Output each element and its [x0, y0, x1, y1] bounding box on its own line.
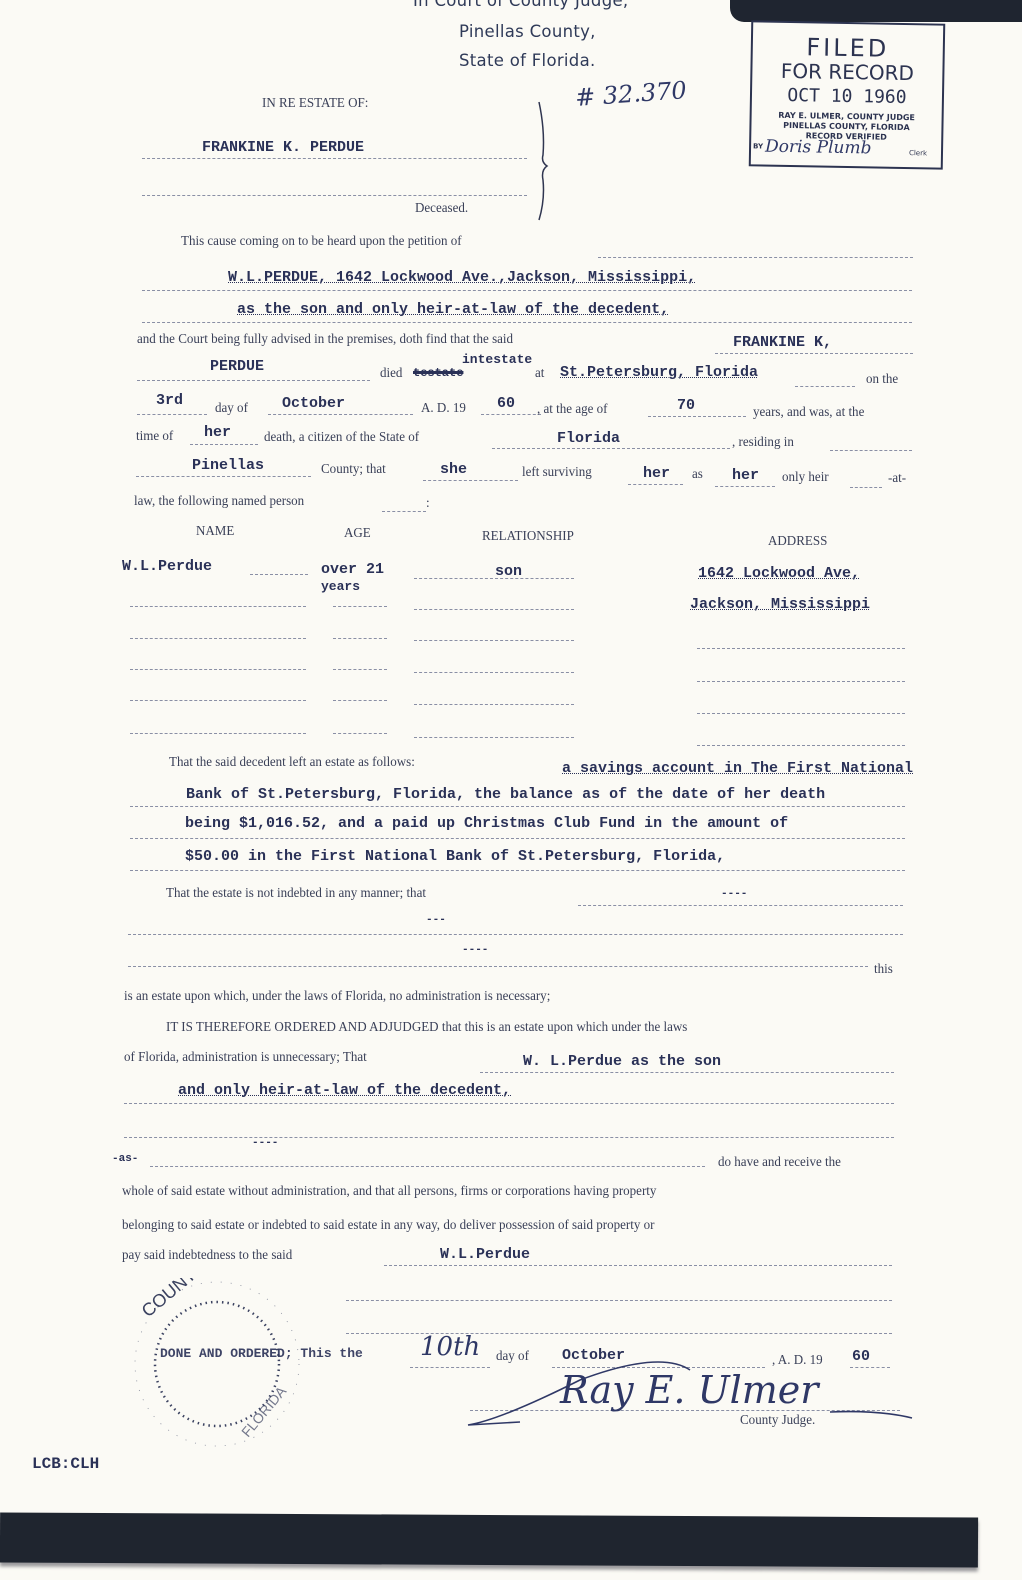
done-ordered-label: DONE AND ORDERED; This the	[160, 1346, 363, 1361]
receive-label: do have and receive the	[718, 1155, 841, 1171]
estate-line-1: a savings account in The First National	[562, 760, 913, 777]
law-label: law, the following named person	[134, 494, 304, 510]
blank-line	[628, 484, 683, 485]
time-of-label: time of	[136, 429, 173, 445]
heir-relationship: son	[495, 563, 522, 580]
blank-line	[150, 1166, 705, 1167]
scan-edge-top	[730, 0, 1022, 22]
col-header-age: AGE	[344, 526, 371, 542]
debts-fill-3: ----	[462, 944, 488, 956]
stamp-date: OCT 10 1960	[752, 84, 942, 108]
blank-line	[715, 486, 775, 487]
typist-initials: LCB:CLH	[32, 1455, 99, 1473]
as-label: as	[692, 467, 703, 483]
court-state: State of Florida.	[459, 51, 596, 70]
name-line	[142, 158, 527, 159]
blank-line	[480, 1072, 894, 1073]
blank-line	[128, 934, 903, 935]
estate-intro: That the said decedent left an estate as…	[169, 755, 415, 771]
blank-line	[382, 511, 426, 512]
name-line-2	[142, 195, 527, 196]
finding-text: and the Court being fully advised in the…	[137, 332, 513, 348]
heir-name: W.L.Perdue	[122, 558, 212, 575]
stamp-clerk-label: Clerk	[909, 149, 927, 157]
order-line-2: of Florida, administration is unnecessar…	[124, 1050, 367, 1066]
estate-line-2: Bank of St.Petersburg, Florida, the bala…	[186, 786, 825, 803]
blank-line	[142, 322, 912, 323]
court-seal-icon: COUNTY JUDGE FLORIDA	[118, 1278, 316, 1448]
in-re-label: IN RE ESTATE OF:	[262, 96, 368, 112]
citizen-state: Florida	[557, 430, 620, 447]
only-pronoun: her	[732, 467, 759, 484]
blank-line	[648, 416, 746, 417]
this-label: this	[874, 962, 893, 978]
heir-address-line2: Jackson, Mississippi	[690, 596, 870, 613]
decedent-age: 70	[677, 397, 695, 414]
blank-line	[481, 414, 541, 415]
petition-intro: This cause coming on to be heard upon th…	[181, 234, 462, 250]
col-header-name: NAME	[196, 524, 234, 540]
blank-line	[346, 1300, 892, 1301]
blank-line	[190, 444, 258, 445]
blank-line	[142, 290, 912, 291]
judge-title: County Judge.	[740, 1413, 815, 1429]
blank-line	[137, 380, 370, 381]
estate-line-4: $50.00 in the First National Bank of St.…	[185, 848, 725, 865]
recipient-line-2: and only heir-at-law of the decedent,	[178, 1082, 511, 1099]
deceased-label: Deceased.	[415, 201, 468, 217]
on-the-label: on the	[866, 372, 898, 388]
col-header-address: ADDRESS	[768, 534, 827, 550]
scan-edge-bottom	[0, 1512, 978, 1567]
brace-icon	[536, 100, 550, 222]
heir-address-line1: 1642 Lockwood Ave,	[698, 565, 860, 582]
death-month: October	[282, 395, 345, 412]
blank-line	[130, 870, 905, 871]
colon: :	[426, 496, 430, 512]
testacy: intestate	[462, 352, 532, 367]
blank-line	[384, 1265, 892, 1266]
blank-line	[130, 806, 905, 807]
blank-line	[137, 414, 207, 415]
death-day: 3rd	[156, 392, 183, 409]
court-name: In Court of County Judge,	[413, 0, 628, 10]
debts-fill-1: ----	[721, 888, 747, 900]
heir-age: over 21	[321, 561, 384, 578]
recipient-line-1: W. L.Perdue as the son	[523, 1053, 721, 1070]
heir-age-unit: years	[321, 579, 360, 594]
age-label: , at the age of	[537, 402, 607, 418]
blank-line	[795, 386, 855, 387]
decedent-last-name: PERDUE	[210, 358, 264, 375]
place-of-death: St.Petersburg, Florida	[560, 364, 758, 381]
years-label: years, and was, at the	[753, 405, 864, 421]
blank-line	[136, 476, 311, 477]
svg-text:FLORIDA: FLORIDA	[238, 1383, 290, 1440]
testacy-struck: testate	[413, 366, 463, 380]
blank-line	[414, 578, 574, 579]
debts-conclusion: is an estate upon which, under the laws …	[124, 989, 550, 1005]
blank-line	[268, 414, 413, 415]
day-of-label: day of	[215, 401, 248, 417]
decedent-first-name: FRANKINE K,	[733, 334, 832, 351]
residing-county: Pinellas	[192, 457, 264, 474]
blank-line	[128, 966, 868, 967]
stamp-subtitle: FOR RECORD	[752, 58, 942, 85]
at-label: at	[535, 366, 544, 382]
pronoun-possessive: her	[204, 424, 231, 441]
blank-line	[492, 448, 730, 449]
clerk-signature: Doris Plumb	[765, 137, 872, 159]
residing-label: , residing in	[732, 435, 794, 451]
case-number: # 32.370	[574, 76, 687, 112]
ad-label: A. D. 19	[421, 401, 466, 417]
court-county: Pinellas County,	[459, 22, 596, 41]
order-struck: -as-	[112, 1153, 138, 1165]
blank-line	[130, 838, 905, 839]
decedent-name: FRANKINE K. PERDUE	[202, 139, 364, 156]
stamp-by: BY	[753, 142, 763, 150]
order-line-5: pay said indebtedness to the said	[122, 1248, 292, 1264]
citizen-label: death, a citizen of the State of	[264, 430, 419, 446]
payee: W.L.Perdue	[440, 1246, 530, 1263]
estate-line-3: being $1,016.52, and a paid up Christmas…	[185, 815, 788, 832]
order-line-1: IT IS THEREFORE ORDERED AND ADJUDGED tha…	[166, 1020, 687, 1036]
blank-line	[423, 480, 518, 481]
death-year: 60	[497, 395, 515, 412]
blank-line	[715, 353, 913, 354]
debts-fill-2: ---	[426, 914, 446, 926]
svg-text:COUNTY JUDGE: COUNTY JUDGE	[138, 1278, 259, 1321]
col-header-relationship: RELATIONSHIP	[482, 529, 574, 545]
at-law-label: -at-	[888, 471, 906, 487]
blank-line	[830, 450, 912, 451]
signature-flourish-icon	[460, 1350, 920, 1430]
order-line-4: belonging to said estate or indebted to …	[122, 1218, 654, 1234]
only-heir-label: only heir	[782, 470, 829, 486]
surviving-pronoun: her	[643, 465, 670, 482]
order-line-3: whole of said estate without administrat…	[122, 1184, 656, 1200]
petitioner-address: W.L.PERDUE, 1642 Lockwood Ave.,Jackson, …	[228, 269, 696, 286]
county-label: County; that	[321, 462, 386, 478]
left-surviving-label: left surviving	[522, 465, 592, 481]
filed-stamp: FILED FOR RECORD OCT 10 1960 RAY E. ULME…	[749, 20, 946, 169]
blank-line	[250, 574, 308, 575]
blank-line	[124, 1103, 894, 1104]
pronoun-subject: she	[440, 461, 467, 478]
order-fill: ----	[252, 1137, 278, 1149]
blank-line	[850, 487, 882, 488]
blank-line	[578, 905, 903, 906]
debts-intro: That the estate is not indebted in any m…	[166, 886, 426, 902]
blank-line	[598, 257, 913, 258]
died-label: died	[380, 366, 402, 382]
petitioner-capacity: as the son and only heir-at-law of the d…	[237, 301, 669, 318]
blank-line	[124, 1137, 894, 1138]
